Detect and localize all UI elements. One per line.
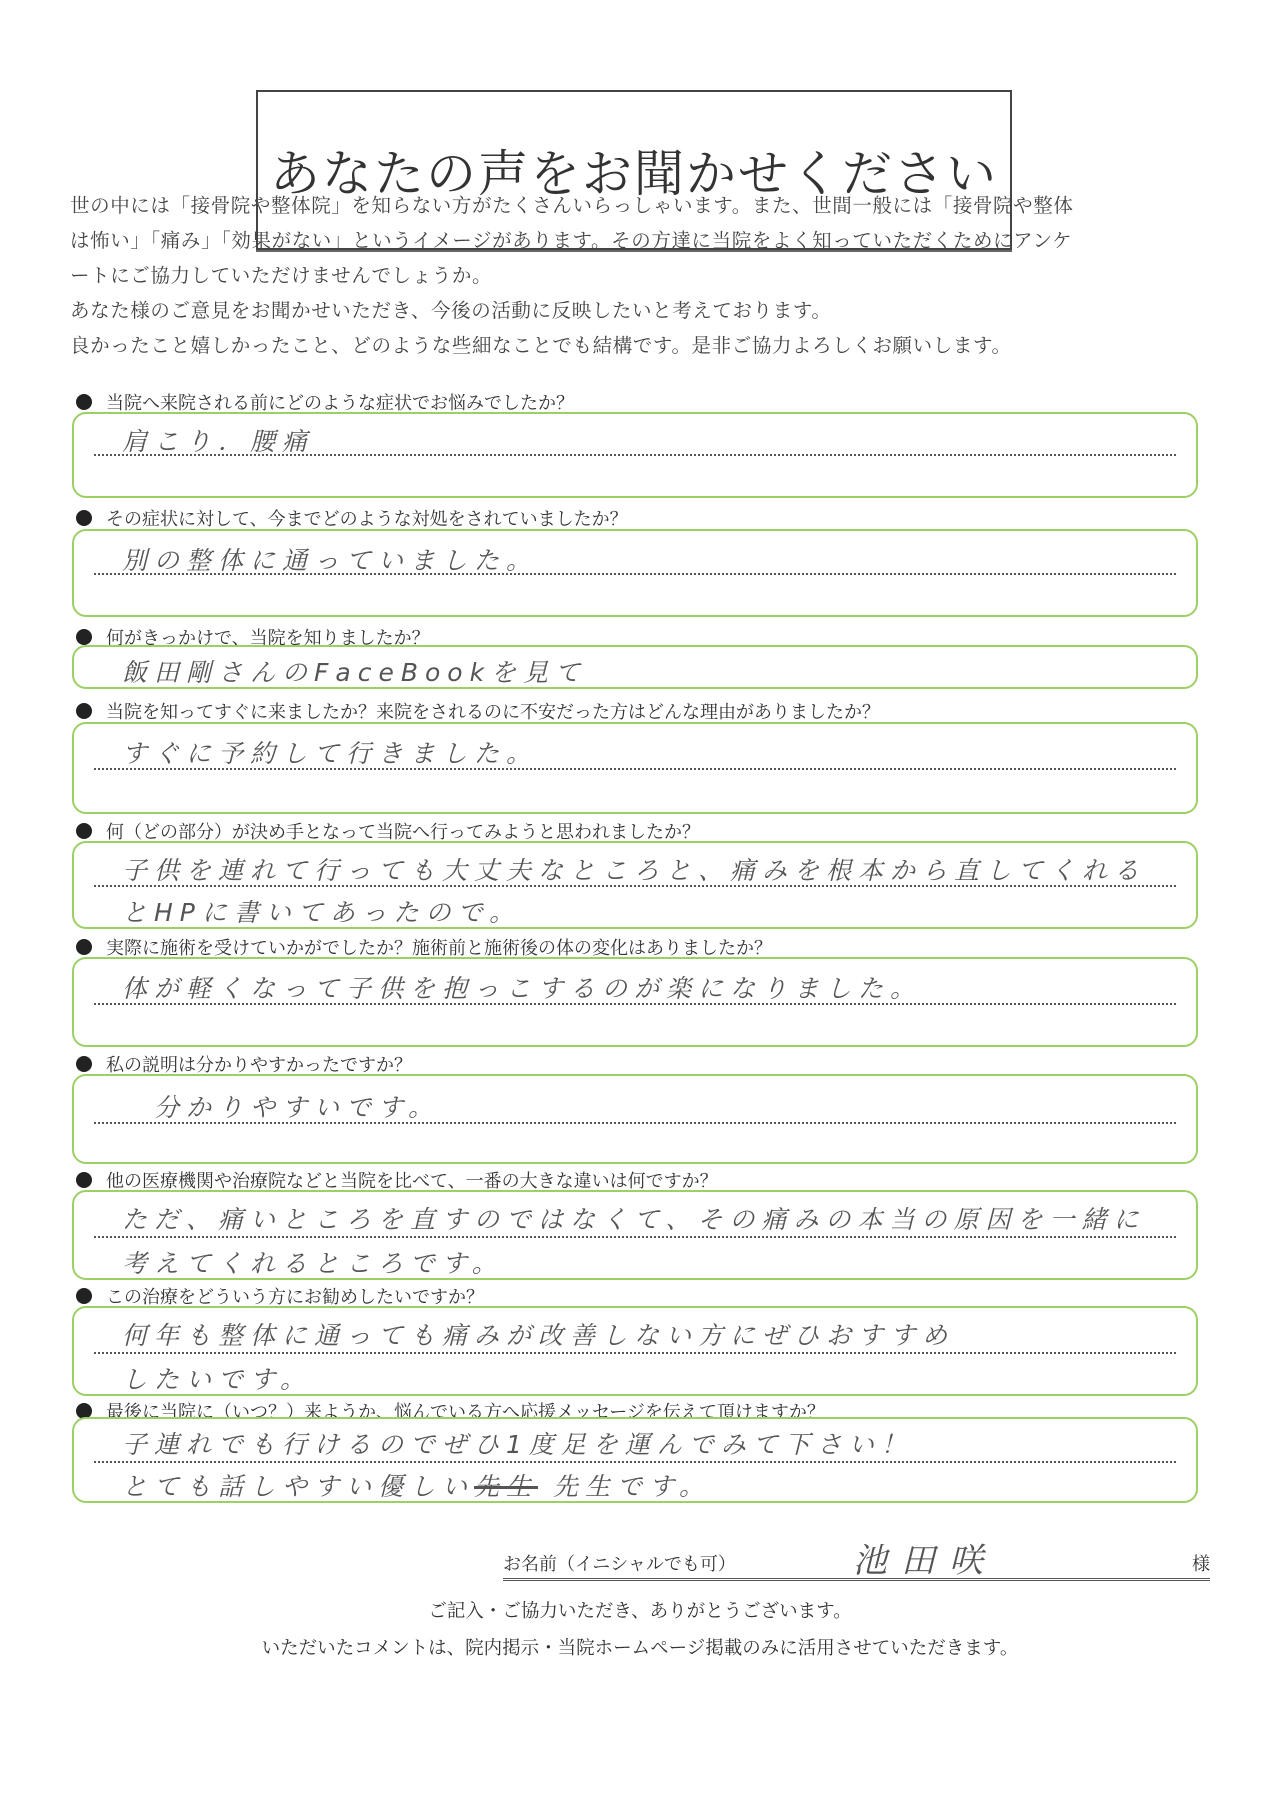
answer-line-1: 肩こり．腰痛	[122, 422, 314, 458]
name-label: お名前（イニシャルでも可）	[503, 1550, 736, 1576]
question-text: その症状に対して、今までどのような対処をされていましたか？	[106, 505, 628, 531]
name-suffix: 様	[1192, 1550, 1210, 1576]
name-field[interactable]: お名前（イニシャルでも可） 池田咲 様	[503, 1548, 1210, 1581]
bullet-icon	[76, 703, 92, 719]
answer-box-9[interactable]: 何年も整体に通っても痛みが改善しない方にぜひおすすめ したいです。	[72, 1306, 1198, 1396]
name-value: 池田咲	[853, 1533, 997, 1582]
dotted-rule	[94, 454, 1176, 456]
answer-line-1: 別の整体に通っていました。	[122, 541, 538, 577]
answer-text: 先生です。	[553, 1472, 711, 1501]
intro-line: ートにご協力していただけませんでしょうか。	[70, 258, 1210, 293]
answer-line-1: 何年も整体に通っても痛みが改善しない方にぜひおすすめ	[122, 1316, 954, 1352]
thanks-text: ご記入・ご協力いただき、ありがとうございます。	[0, 1597, 1280, 1623]
answer-line-2: とHPに書いてあったので。	[122, 893, 521, 929]
answer-box-10[interactable]: 子連れでも行けるのでぜひ1度足を運んでみて下さい！ とても話しやすい優しい先生 …	[72, 1417, 1198, 1503]
question-text: 当院を知ってすぐに来ましたか？来院をされるのに不安だった方はどんな理由がありまし…	[106, 698, 880, 724]
usage-note: いただいたコメントは、院内掲示・当院ホームページ掲載のみに活用させていただきます…	[0, 1634, 1280, 1660]
answer-box-2[interactable]: 別の整体に通っていました。	[72, 529, 1198, 617]
answer-box-1[interactable]: 肩こり．腰痛	[72, 412, 1198, 498]
question-4: 当院を知ってすぐに来ましたか？来院をされるのに不安だった方はどんな理由がありまし…	[76, 698, 880, 724]
answer-line-1: 体が軽くなって子供を抱っこするのが楽になりました。	[122, 969, 922, 1005]
bullet-icon	[76, 629, 92, 645]
answer-box-6[interactable]: 体が軽くなって子供を抱っこするのが楽になりました。	[72, 957, 1198, 1047]
answer-line-1: 子供を連れて行っても大丈夫なところと、痛みを根本から直してくれる	[122, 851, 1146, 887]
dotted-rule	[94, 768, 1176, 770]
answer-line-2: したいです。	[122, 1360, 312, 1396]
intro-line: 世の中には「接骨院や整体院」を知らない方がたくさんいらっしゃいます。また、世間一…	[70, 188, 1210, 223]
bullet-icon	[76, 510, 92, 526]
answer-box-4[interactable]: すぐに予約して行きました。	[72, 722, 1198, 814]
intro-text: 世の中には「接骨院や整体院」を知らない方がたくさんいらっしゃいます。また、世間一…	[70, 188, 1210, 363]
bullet-icon	[76, 823, 92, 839]
dotted-rule	[94, 1003, 1176, 1005]
answer-box-8[interactable]: ただ、痛いところを直すのではなくて、その痛みの本当の原因を一緒に 考えてくれると…	[72, 1190, 1198, 1280]
bullet-icon	[76, 1172, 92, 1188]
bullet-icon	[76, 394, 92, 410]
answer-line-2: とても話しやすい優しい先生 先生です。	[122, 1467, 711, 1503]
dotted-rule	[94, 573, 1176, 575]
struck-text: 先生	[474, 1472, 538, 1501]
answer-line-1: 子連れでも行けるのでぜひ1度足を運んでみて下さい！	[122, 1425, 913, 1461]
intro-line: 良かったこと嬉しかったこと、どのような些細なことでも結構です。是非ご協力よろしく…	[70, 328, 1210, 363]
bullet-icon	[76, 939, 92, 955]
answer-line-2: 考えてくれるところです。	[122, 1244, 504, 1280]
answer-box-3[interactable]: 飯田剛さんのFaceBookを見て	[72, 645, 1198, 689]
answer-line-1: ただ、痛いところを直すのではなくて、その痛みの本当の原因を一緒に	[122, 1200, 1146, 1236]
answer-line-1: 分かりやすいです。	[154, 1088, 440, 1124]
answer-line-1: 飯田剛さんのFaceBookを見て	[122, 653, 587, 689]
answer-line-1: すぐに予約して行きました。	[122, 734, 538, 770]
bullet-icon	[76, 1288, 92, 1304]
dotted-rule	[94, 885, 1176, 887]
answer-box-7[interactable]: 分かりやすいです。	[72, 1074, 1198, 1164]
intro-line: あなた様のご意見をお聞かせいただき、今後の活動に反映したいと考えております。	[70, 293, 1210, 328]
dotted-rule	[94, 1352, 1176, 1354]
question-2: その症状に対して、今までどのような対処をされていましたか？	[76, 505, 628, 531]
answer-box-5[interactable]: 子供を連れて行っても大丈夫なところと、痛みを根本から直してくれる とHPに書いて…	[72, 841, 1198, 929]
dotted-rule	[94, 1236, 1176, 1238]
dotted-rule	[94, 1461, 1176, 1463]
bullet-icon	[76, 1056, 92, 1072]
dotted-rule	[94, 1122, 1176, 1124]
intro-line: は怖い」「痛み」「効果がない」というイメージがあります。その方達に当院をよく知っ…	[70, 223, 1210, 258]
answer-text: とても話しやすい優しい	[122, 1472, 474, 1501]
